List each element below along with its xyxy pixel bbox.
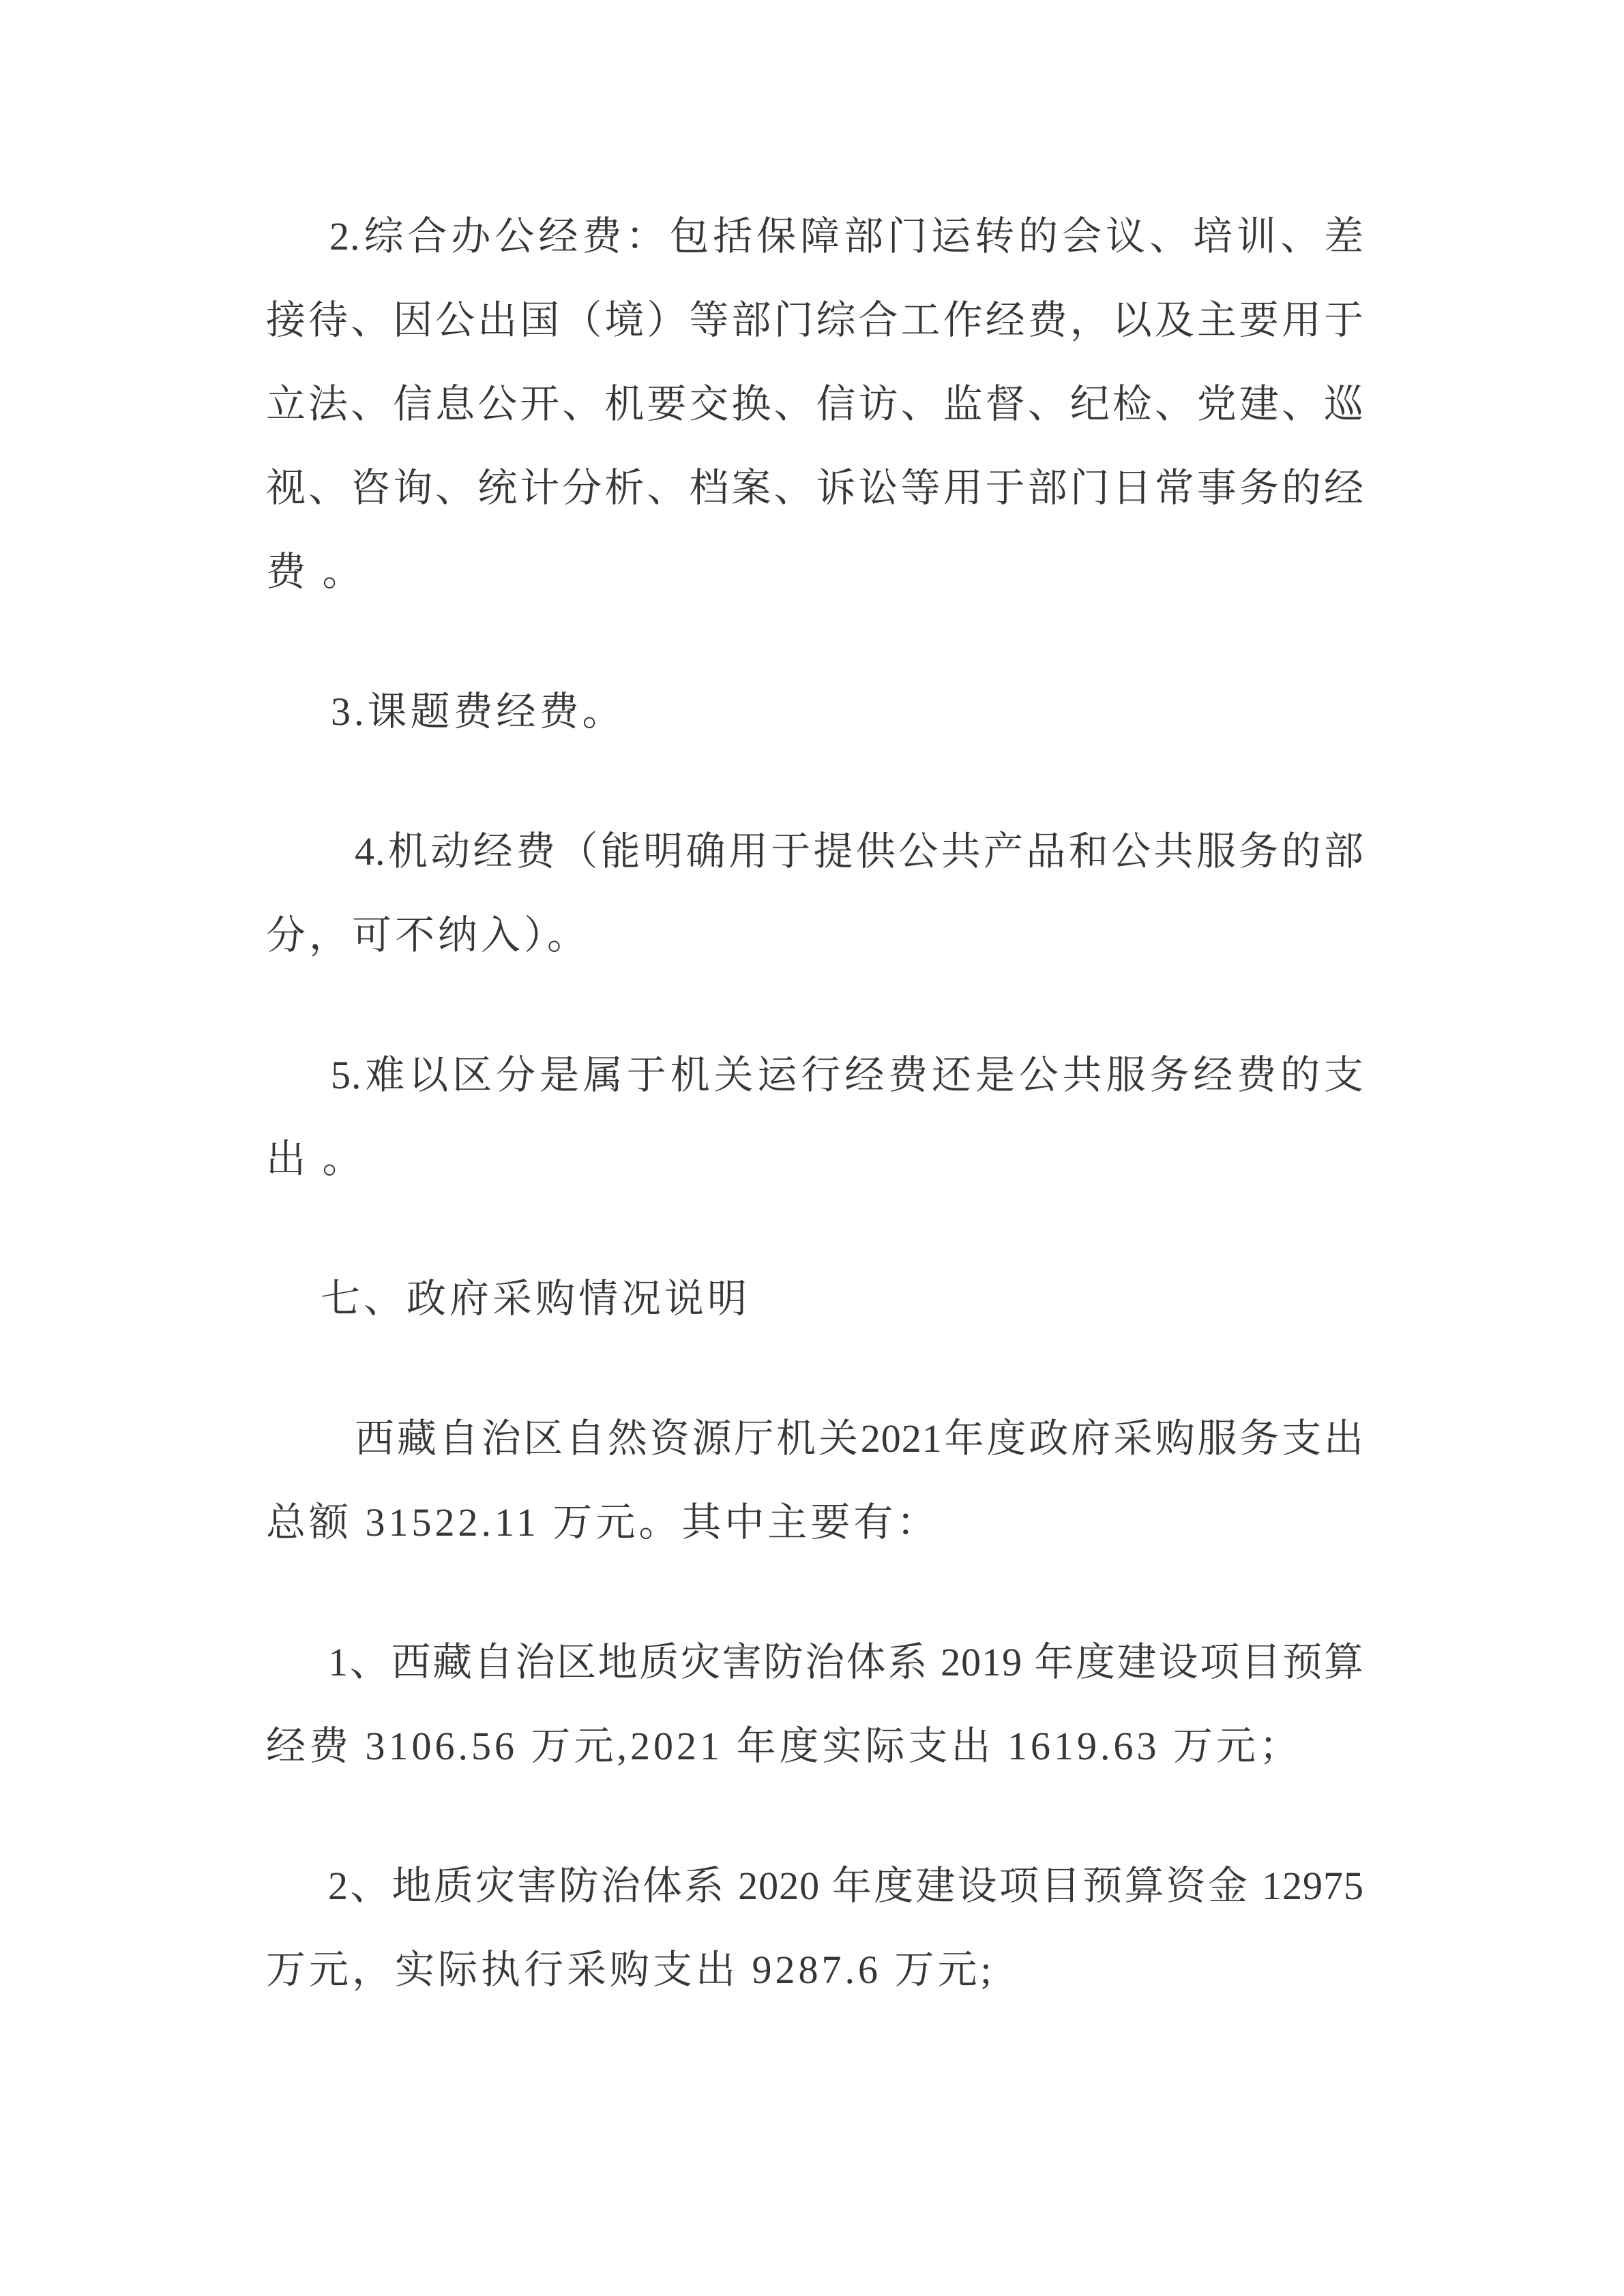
text-line: 分，可不纳入）。 [266, 893, 1364, 977]
section-heading-government-procurement: 七、政府采购情况说明 [266, 1257, 1364, 1341]
text-line: 2、地质灾害防治体系 2020 年度建设项目预算资金 12975 [266, 1844, 1364, 1928]
text-line: 3.课题费经费。 [266, 670, 1364, 754]
text-line: 费 。 [266, 530, 1364, 614]
paragraph-office-expenses: 2.综合办公经费：包括保障部门运转的会议、培训、差旅、 接待、因公出国（境）等部… [266, 194, 1364, 614]
paragraph-procurement-item-1: 1、西藏自治区地质灾害防治体系 2019 年度建设项目预算 经费 3106.56… [266, 1620, 1364, 1788]
paragraph-topic-fee: 3.课题费经费。 [266, 670, 1364, 754]
text-line: 接待、因公出国（境）等部门综合工作经费，以及主要用于 [266, 278, 1364, 362]
text-line: 出 。 [266, 1117, 1364, 1201]
text-line: 万元，实际执行采购支出 9287.6 万元; [266, 1928, 1364, 2012]
text-line: 总额 31522.11 万元。其中主要有： [266, 1480, 1364, 1564]
document-page: 2.综合办公经费：包括保障部门运转的会议、培训、差旅、 接待、因公出国（境）等部… [0, 0, 1624, 2296]
text-line: 2.综合办公经费：包括保障部门运转的会议、培训、差旅、 [266, 194, 1364, 278]
paragraph-flexible-funds: 4.机动经费（能明确用于提供公共产品和公共服务的部 分，可不纳入）。 [266, 809, 1364, 977]
text-line: 经费 3106.56 万元,2021 年度实际支出 1619.63 万元； [266, 1704, 1364, 1788]
text-line: 5.难以区分是属于机关运行经费还是公共服务经费的支 [266, 1033, 1364, 1117]
paragraph-hard-to-distinguish: 5.难以区分是属于机关运行经费还是公共服务经费的支 出 。 [266, 1033, 1364, 1201]
text-line: 西藏自治区自然资源厅机关2021年度政府采购服务支出 [266, 1397, 1364, 1480]
text-line: 1、西藏自治区地质灾害防治体系 2019 年度建设项目预算 [266, 1620, 1364, 1704]
section-heading-text: 七、政府采购情况说明 [266, 1257, 1364, 1341]
text-line: 立法、信息公开、机要交换、信访、监督、纪检、党建、巡 [266, 362, 1364, 446]
paragraph-procurement-total: 西藏自治区自然资源厅机关2021年度政府采购服务支出 总额 31522.11 万… [266, 1397, 1364, 1564]
paragraph-procurement-item-2: 2、地质灾害防治体系 2020 年度建设项目预算资金 12975 万元，实际执行… [266, 1844, 1364, 2012]
text-line: 视、咨询、统计分析、档案、诉讼等用于部门日常事务的经 [266, 446, 1364, 530]
text-line: 4.机动经费（能明确用于提供公共产品和公共服务的部 [266, 809, 1364, 893]
